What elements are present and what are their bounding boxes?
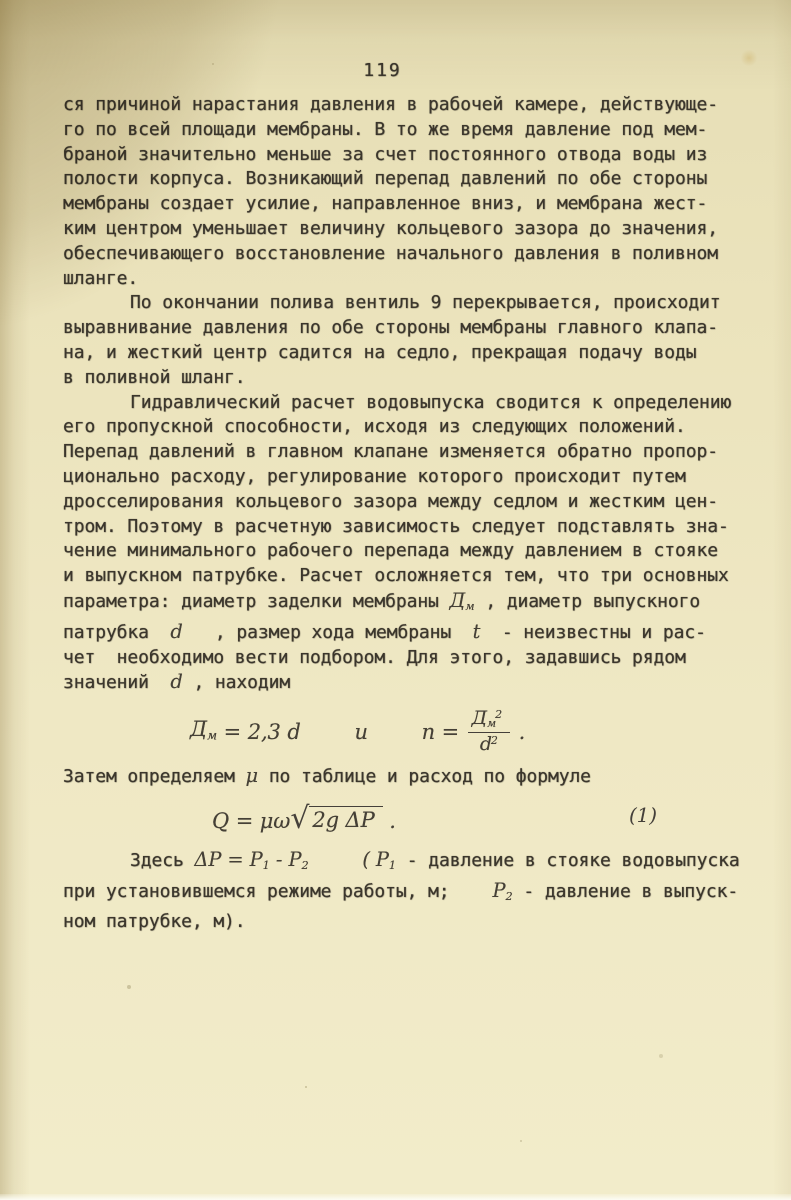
text-line: Гидравлический расчет водовыпуска сводит… — [63, 391, 753, 416]
formula-membrane-diameter: Дм = 2,3 d и n = Дм2d2 . — [63, 703, 753, 761]
text-line: Затем определяем μ по таблице и расход п… — [63, 764, 753, 790]
formula-discharge: Q = μω√2g ΔP .(1) — [63, 799, 753, 843]
text-line: и выпускном патрубке. Расчет осложняется… — [63, 564, 753, 589]
text-line: на, и жесткий центр садится на седло, пр… — [63, 341, 753, 366]
typed-text: - давление в стояке водовыпуска — [396, 850, 740, 871]
typed-text: - неизвестны и рас- — [480, 622, 705, 643]
text-line: чет необходимо вести подбором. Для этого… — [63, 646, 753, 671]
handwritten-symbol: d — [170, 620, 182, 643]
text-line: при установившемся режиме работы, м; P2 … — [63, 879, 753, 910]
superscript: 2 — [495, 708, 502, 721]
typed-text: Здесь — [130, 850, 194, 871]
text-line: патрубка d , размер хода мембраны t - не… — [63, 620, 753, 646]
text-line: тром. Поэтому в расчетную зависимость сл… — [63, 515, 753, 540]
typed-text: параметра: диаметр заделки мембраны — [63, 591, 450, 612]
text-line: в поливной шланг. — [63, 366, 753, 391]
typed-text: и выпускном патрубке. Расчет осложняется… — [63, 565, 729, 586]
typed-text: браной значительно меньше за счет постоя… — [63, 144, 707, 165]
typed-text: , размер хода мембраны — [183, 622, 473, 643]
subscript: 1 — [263, 859, 270, 872]
text-line: ся причиной нарастания давления в рабоче… — [63, 93, 753, 118]
handwritten-symbol: μ — [246, 764, 259, 787]
text-line: дросселирования кольцевого зазора между … — [63, 490, 753, 515]
handwritten-symbol: ΔP = P1 — [194, 848, 269, 871]
text-line: По окончании полива вентиль 9 перекрывае… — [63, 291, 753, 316]
handwritten-symbol: Q = μω — [212, 809, 290, 834]
typed-text: чение минимального рабочего перепада меж… — [63, 540, 718, 561]
typed-text — [301, 720, 355, 745]
handwritten-symbol: P2 — [492, 879, 512, 902]
typed-text: при установившемся режиме работы, м; — [63, 881, 492, 902]
document-body: ся причиной нарастания давления в рабоче… — [63, 93, 753, 935]
handwritten-symbol: . — [512, 720, 525, 745]
paragraph: ся причиной нарастания давления в рабоче… — [63, 93, 753, 291]
subscript: м — [207, 728, 217, 742]
scan-bottom-edge — [0, 1194, 791, 1200]
text-line: мембраны создает усилие, направленное вн… — [63, 192, 753, 217]
text-line: шланге. — [63, 267, 753, 292]
typed-text: его пропускной способности, исходя из сл… — [63, 416, 686, 437]
typed-text: , находим — [183, 672, 290, 693]
paragraph: По окончании полива вентиль 9 перекрывае… — [63, 291, 753, 390]
typed-text: дросселирования кольцевого зазора между … — [63, 491, 718, 512]
equation-number: (1) — [629, 803, 657, 828]
typed-text: - давление в выпуск- — [513, 881, 738, 902]
paragraph: Здесь ΔP = P1 - P2 ( P1 - давление в сто… — [63, 848, 753, 935]
typed-text: ким центром уменьшает величину кольцевог… — [63, 218, 718, 239]
radicand: 2g ΔP — [309, 806, 382, 833]
text-line: ким центром уменьшает величину кольцевог… — [63, 217, 753, 242]
typed-text: полости корпуса. Возникающий перепад дав… — [63, 168, 707, 189]
typed-text: тром. Поэтому в расчетную зависимость сл… — [63, 516, 729, 537]
paper-specks — [0, 0, 2, 2]
typed-text: ся причиной нарастания давления в рабоче… — [63, 94, 718, 115]
handwritten-symbol: Дм — [190, 717, 217, 748]
handwritten-symbol: Дм — [450, 589, 475, 612]
handwritten-symbol: - P2 — [270, 848, 309, 871]
text-line: обеспечивающего восстановление начальног… — [63, 242, 753, 267]
text-line: выравнивание давления по обе стороны мем… — [63, 316, 753, 341]
typed-text: го по всей площади мембраны. В то же вре… — [63, 119, 707, 140]
radical-sign-icon: √ — [290, 804, 309, 834]
text-line: ном патрубке, м). — [63, 910, 753, 935]
typed-text: По окончании полива вентиль 9 перекрывае… — [130, 292, 721, 313]
typed-text: мембраны создает усилие, направленное вн… — [63, 193, 707, 214]
typed-text: выравнивание давления по обе стороны мем… — [63, 317, 718, 338]
typed-text: чет необходимо вести подбором. Для этого… — [63, 647, 686, 668]
subscript: 2 — [301, 859, 308, 872]
fraction-denominator: d2 — [468, 733, 510, 756]
handwritten-symbol: ( P1 — [362, 848, 396, 871]
fraction: Дм2d2 — [468, 708, 510, 756]
page-number: 119 — [0, 60, 778, 81]
handwritten-symbol: n = — [422, 720, 466, 745]
text-line: полости корпуса. Возникающий перепад дав… — [63, 167, 753, 192]
scanned-page: 119 ся причиной нарастания давления в ра… — [0, 0, 791, 1200]
handwritten-symbol: 2g ΔP — [312, 808, 374, 832]
typed-text: в поливной шланг. — [63, 367, 246, 388]
typed-text: ционально расходу, регулирование которог… — [63, 466, 686, 487]
typed-text: значений — [63, 672, 170, 693]
typed-text: ном патрубке, м). — [63, 911, 246, 932]
text-line: чение минимального рабочего перепада меж… — [63, 539, 753, 564]
handwritten-symbol: d — [170, 670, 182, 693]
typed-text: Гидравлический расчет водовыпуска сводит… — [130, 392, 731, 413]
text-line: го по всей площади мембраны. В то же вре… — [63, 118, 753, 143]
handwritten-symbol: . — [383, 809, 396, 834]
typed-text: Перепад давлений в главном клапане измен… — [63, 441, 718, 462]
typed-text: обеспечивающего восстановление начальног… — [63, 243, 718, 264]
text-line: его пропускной способности, исходя из сл… — [63, 415, 753, 440]
handwritten-symbol: = 2,3 — [217, 720, 287, 745]
handwritten-symbol: d2 — [480, 733, 498, 755]
square-root: √2g ΔP — [290, 806, 382, 836]
typed-text — [309, 850, 363, 871]
typed-text: на, и жесткий центр садится на седло, пр… — [63, 342, 696, 363]
handwritten-symbol: Дм2 — [472, 707, 502, 729]
paragraph: Затем определяем μ по таблице и расход п… — [63, 764, 753, 790]
text-line: Здесь ΔP = P1 - P2 ( P1 - давление в сто… — [63, 848, 753, 879]
fraction-numerator: Дм2 — [468, 708, 510, 733]
handwritten-symbol: d — [287, 720, 300, 745]
subscript: м — [465, 600, 474, 613]
text-line: значений d , находим — [63, 670, 753, 696]
text-line: браной значительно меньше за счет постоя… — [63, 143, 753, 168]
typed-text: шланге. — [63, 268, 138, 289]
text-line: ционально расходу, регулирование которог… — [63, 465, 753, 490]
text-line: параметра: диаметр заделки мембраны Дм ,… — [63, 589, 753, 620]
text-line: Перепад давлений в главном клапане измен… — [63, 440, 753, 465]
typed-text: Затем определяем — [63, 766, 246, 787]
superscript: 2 — [491, 734, 498, 747]
paragraph: Гидравлический расчет водовыпуска сводит… — [63, 391, 753, 697]
subscript: 1 — [389, 859, 396, 872]
typed-text: , диаметр выпускного — [475, 591, 700, 612]
typed-text — [368, 720, 422, 745]
handwritten-symbol: и — [354, 720, 367, 745]
typed-text: по таблице и расход по формуле — [258, 766, 591, 787]
typed-text: патрубка — [63, 622, 170, 643]
subscript: 2 — [505, 890, 512, 903]
